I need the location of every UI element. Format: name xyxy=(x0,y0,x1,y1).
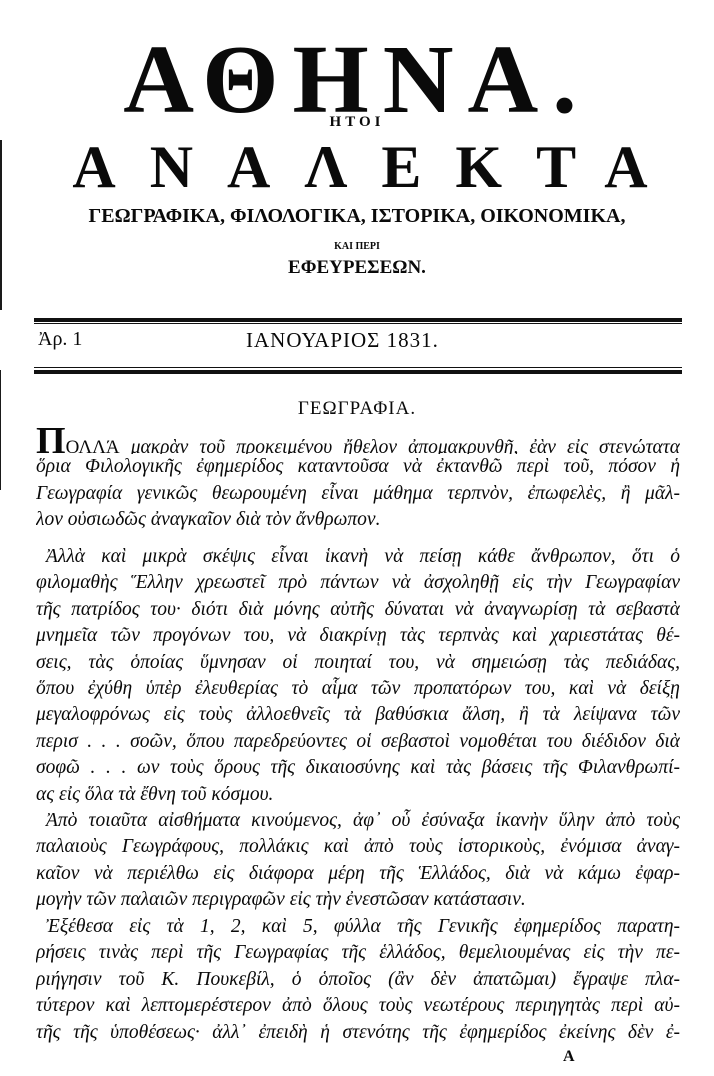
text-line: μεγαλοφρόνως εἰς τοὺς ἀλλοεθνεῖς τὰ βαθύ… xyxy=(36,702,680,728)
text-line: Ἀλλὰ καὶ μικρὰ σκέψις εἶναι ἱκανὴ νὰ πεί… xyxy=(36,544,680,570)
text-line: ας εἰς ὅλα τὰ ἔθνη τοῦ κόσμου. xyxy=(36,782,680,808)
paragraph-1: ΠΟΛΛΆ μακρὰν τοῦ προκειμένου ἤθελον ἀπομ… xyxy=(36,428,680,534)
text-line: ὅπου ἐχύθη ὑπὲρ ἐλευθερίας τὸ αἷμα τῶν π… xyxy=(36,676,680,702)
text-line: σοφῶ . . . ων τοὺς ὅρους τῆς δικαιοσύνης… xyxy=(36,755,680,781)
top-thin-rule xyxy=(34,323,682,324)
paragraph-2: Ἀλλὰ καὶ μικρὰ σκέψις εἶναι ἱκανὴ νὰ πεί… xyxy=(36,544,680,808)
section-title: ΓΕΩΓΡΑΦΙΑ. xyxy=(0,398,714,420)
text-line: Ἐξέθεσα εἰς τὰ 1, 2, καὶ 5, φύλλα τῆς Γε… xyxy=(36,914,680,940)
issue-number: Ἀρ. 1 xyxy=(38,328,82,351)
masthead-conjunction: ΗΤΟΙ xyxy=(0,114,714,131)
text-line: καῖον νὰ περιέλθω εἰς διάφορα μέρη τῆς Ἑ… xyxy=(36,861,680,887)
text-line: παλαιοὺς Γεωγράφους, πολλάκις καὶ ἀπὸ το… xyxy=(36,834,680,860)
newspaper-page: ΑΘΗΝΑ. ΗΤΟΙ ΑΝΑΛΕΚΤΑ ΓΕΩΓΡΑΦΙΚΑ, ΦΙΛΟΛΟΓ… xyxy=(0,0,714,1076)
text-line: φιλομαθὴς Ἕλλην χρεωστεῖ πρὸ πάντων νὰ ἀ… xyxy=(36,570,680,596)
text-line: σεις, τὰς ὁποίας ὕμνησαν οἱ ποιηταί του,… xyxy=(36,650,680,676)
drop-cap: Π xyxy=(36,428,66,454)
bottom-thick-rule xyxy=(34,370,682,374)
text-line: περισ . . . σοῶν, ὅπου παρεδρεύοντες οἱ … xyxy=(36,729,680,755)
lead-word: ΟΛΛΆ xyxy=(66,437,120,454)
masthead-topics: ΓΕΩΓΡΑΦΙΚΑ, ΦΙΛΟΛΟΓΙΚΑ, ΙΣΤΟΡΙΚΑ, ΟΙΚΟΝΟ… xyxy=(0,205,714,228)
paragraph-3: Ἀπὸ τοιαῦτα αἰσθήματα κινούμενος, ἀφ᾽ οὗ… xyxy=(36,808,680,914)
text-line: λον οὐσιωδῶς ἀναγκαῖον διὰ τὸν ἄνθρωπον. xyxy=(36,507,680,533)
issue-date: ΙΑΝΟΥΑΡΙΟΣ 1831. xyxy=(246,328,439,353)
masthead-inventions: ΕΦΕΥΡΕΣΕΩΝ. xyxy=(0,257,714,279)
text-line: ριήγησιν τοῦ Κ. Πουκεβίλ, ὁ ὁποῖος (ἂν δ… xyxy=(36,967,680,993)
text-line: Γεωγραφία γενικῶς θεωρουμένη εἶναι μάθημ… xyxy=(36,481,680,507)
scan-edge-mark xyxy=(0,370,1,490)
text-line: ΠΟΛΛΆ μακρὰν τοῦ προκειμένου ἤθελον ἀπομ… xyxy=(36,428,680,454)
paragraph-4: Ἐξέθεσα εἰς τὰ 1, 2, καὶ 5, φύλλα τῆς Γε… xyxy=(36,914,680,1046)
text-line: μνημεῖα τῶν προγόνων του, νὰ διακρίνῃ τὰ… xyxy=(36,623,680,649)
text-line: Ἀπὸ τοιαῦτα αἰσθήματα κινούμενος, ἀφ᾽ οὗ… xyxy=(36,808,680,834)
issue-header: Ἀρ. 1 ΙΑΝΟΥΑΡΙΟΣ 1831. xyxy=(38,328,678,360)
signature-mark: Α xyxy=(563,1048,575,1066)
bottom-thin-rule xyxy=(34,367,682,368)
top-thick-rule xyxy=(34,318,682,322)
text-line: ρήσεις τινὰς περὶ τῆς Γεωγραφίας τῆς ἑλλ… xyxy=(36,940,680,966)
text-line: τῆς πατρίδος του· διότι διὰ μόνης αὐτῆς … xyxy=(36,597,680,623)
text-line: τύτερον καὶ λεπτομερέστερον ἀπὸ ὅλους το… xyxy=(36,993,680,1019)
text-line: μογὴν τῶν παλαιῶν περιγραφῶν εἰς τὴν ἐνε… xyxy=(36,887,680,913)
masthead-and-about: ΚΑΙ ΠΕΡΙ xyxy=(0,241,714,252)
text-line: τῆς τῆς ὑποθέσεως· ἀλλ᾽ ἐπειδὴ ἡ στενότη… xyxy=(36,1020,680,1046)
masthead-subtitle: ΑΝΑΛΕΚΤΑ xyxy=(0,132,714,202)
text-line: ὅρια Φιλολογικῆς ἐφημερίδος καταντοῦσα ν… xyxy=(36,454,680,480)
